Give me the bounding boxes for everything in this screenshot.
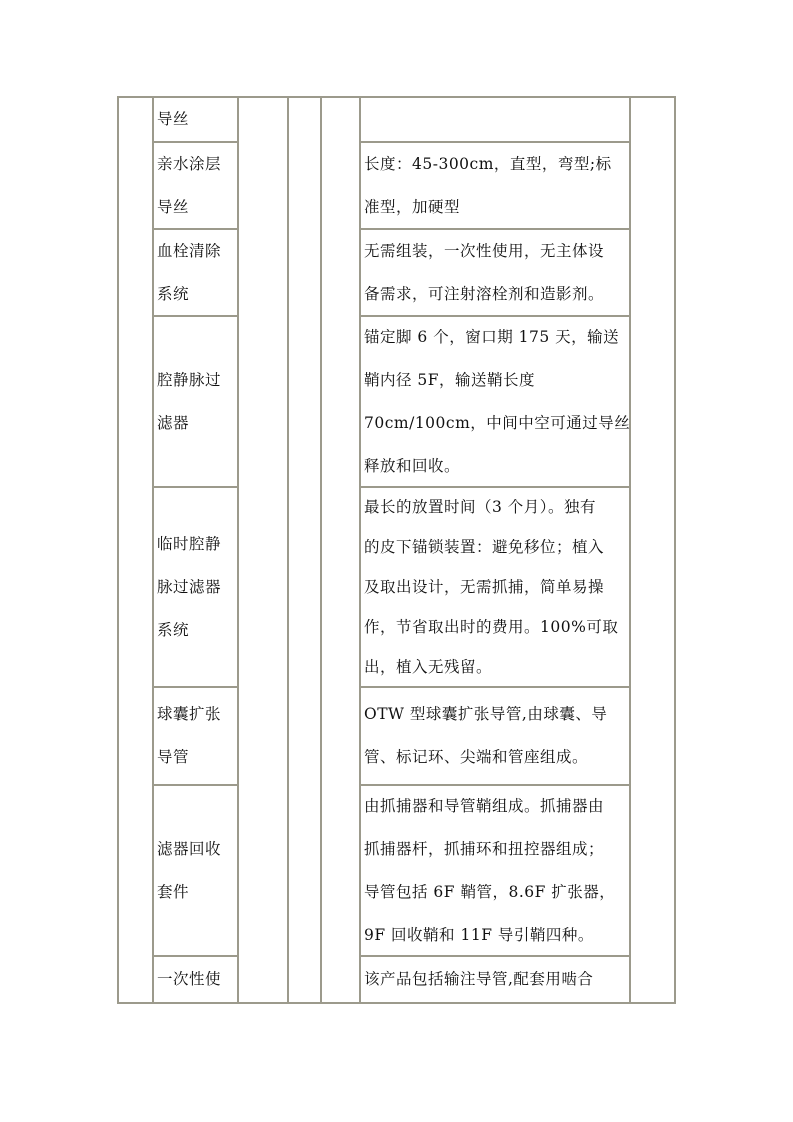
description-line: 该产品包括输注导管,配套用啮合 xyxy=(364,958,630,1001)
column-divider xyxy=(152,97,154,1004)
product-name-cell: 一次性使 xyxy=(155,957,237,1002)
table-border-bottom xyxy=(117,1002,676,1004)
description-line: 最长的放置时间（3 个月）。独有 xyxy=(364,487,630,527)
table-border-right xyxy=(674,97,676,1004)
description-line: 70cm/100cm，中间中空可通过导丝 xyxy=(364,402,630,445)
product-description-cell: 由抓捕器和导管鞘组成。抓捕器由 抓捕器杆，抓捕环和扭控器组成； 导管包括 6F … xyxy=(362,786,630,955)
product-name-line: 套件 xyxy=(157,871,237,914)
product-name-cell: 亲水涂层 导丝 xyxy=(155,143,237,228)
product-description-cell: OTW 型球囊扩张导管,由球囊、导 管、标记环、尖端和管座组成。 xyxy=(362,688,630,784)
product-name-line: 导丝 xyxy=(157,98,237,141)
description-line: 锚定脚 6 个，窗口期 175 天，输送 xyxy=(364,316,630,359)
table-border-left xyxy=(117,97,119,1004)
description-line: 9F 回收鞘和 11F 导引鞘四种。 xyxy=(364,914,630,957)
product-name-cell: 导丝 xyxy=(155,98,237,141)
product-name-line: 亲水涂层 xyxy=(157,143,237,186)
description-line: 抓捕器杆，抓捕环和扭控器组成； xyxy=(364,828,630,871)
description-line: 长度：45-300cm，直型，弯型;标 xyxy=(364,143,630,186)
description-line: 的皮下锚锁装置：避免移位；植入 xyxy=(364,527,630,567)
product-name-cell: 临时腔静 脉过滤器 系统 xyxy=(155,488,237,686)
description-line: 及取出设计，无需抓捕，简单易操 xyxy=(364,567,630,607)
description-line: 出，植入无残留。 xyxy=(364,647,630,687)
document-page: 导丝 亲水涂层 导丝 长度：45-300cm，直型，弯型;标 准型，加硬型 血栓… xyxy=(0,0,793,1122)
product-name-cell: 球囊扩张 导管 xyxy=(155,688,237,784)
product-name-line: 导管 xyxy=(157,736,237,779)
description-line: 释放和回收。 xyxy=(364,445,630,488)
product-name-line: 导丝 xyxy=(157,186,237,229)
product-name-line: 球囊扩张 xyxy=(157,693,237,736)
product-name-line: 滤器回收 xyxy=(157,828,237,871)
product-description-cell: 该产品包括输注导管,配套用啮合 xyxy=(362,957,630,1002)
product-name-line: 滤器 xyxy=(157,402,237,445)
product-name-line: 血栓清除 xyxy=(157,230,237,273)
description-line: 准型，加硬型 xyxy=(364,186,630,229)
product-name-line: 临时腔静 xyxy=(157,523,237,566)
description-line: 无需组装，一次性使用，无主体设 xyxy=(364,230,630,273)
description-line: OTW 型球囊扩张导管,由球囊、导 xyxy=(364,693,630,736)
column-divider xyxy=(320,97,322,1004)
product-description-cell: 长度：45-300cm，直型，弯型;标 准型，加硬型 xyxy=(362,143,630,228)
product-description-cell: 最长的放置时间（3 个月）。独有 的皮下锚锁装置：避免移位；植入 及取出设计，无… xyxy=(362,488,630,686)
product-name-line: 系统 xyxy=(157,609,237,652)
column-divider xyxy=(237,97,239,1004)
description-line: 管、标记环、尖端和管座组成。 xyxy=(364,736,630,779)
description-line: 备需求，可注射溶栓剂和造影剂。 xyxy=(364,273,630,316)
product-name-cell: 腔静脉过 滤器 xyxy=(155,317,237,486)
product-name-line: 系统 xyxy=(157,273,237,316)
column-divider xyxy=(359,97,361,1004)
product-description-cell: 无需组装，一次性使用，无主体设 备需求，可注射溶栓剂和造影剂。 xyxy=(362,230,630,315)
product-name-line: 一次性使 xyxy=(157,958,237,1001)
product-name-line: 腔静脉过 xyxy=(157,359,237,402)
column-divider xyxy=(287,97,289,1004)
product-name-cell: 血栓清除 系统 xyxy=(155,230,237,315)
product-name-line: 脉过滤器 xyxy=(157,566,237,609)
product-name-cell: 滤器回收 套件 xyxy=(155,786,237,955)
description-line: 导管包括 6F 鞘管，8.6F 扩张器， xyxy=(364,871,630,914)
description-line: 鞘内径 5F，输送鞘长度 xyxy=(364,359,630,402)
product-description-cell: 锚定脚 6 个，窗口期 175 天，输送 鞘内径 5F，输送鞘长度 70cm/1… xyxy=(362,317,630,486)
description-line: 由抓捕器和导管鞘组成。抓捕器由 xyxy=(364,785,630,828)
description-line: 作，节省取出时的费用。100%可取 xyxy=(364,607,630,647)
